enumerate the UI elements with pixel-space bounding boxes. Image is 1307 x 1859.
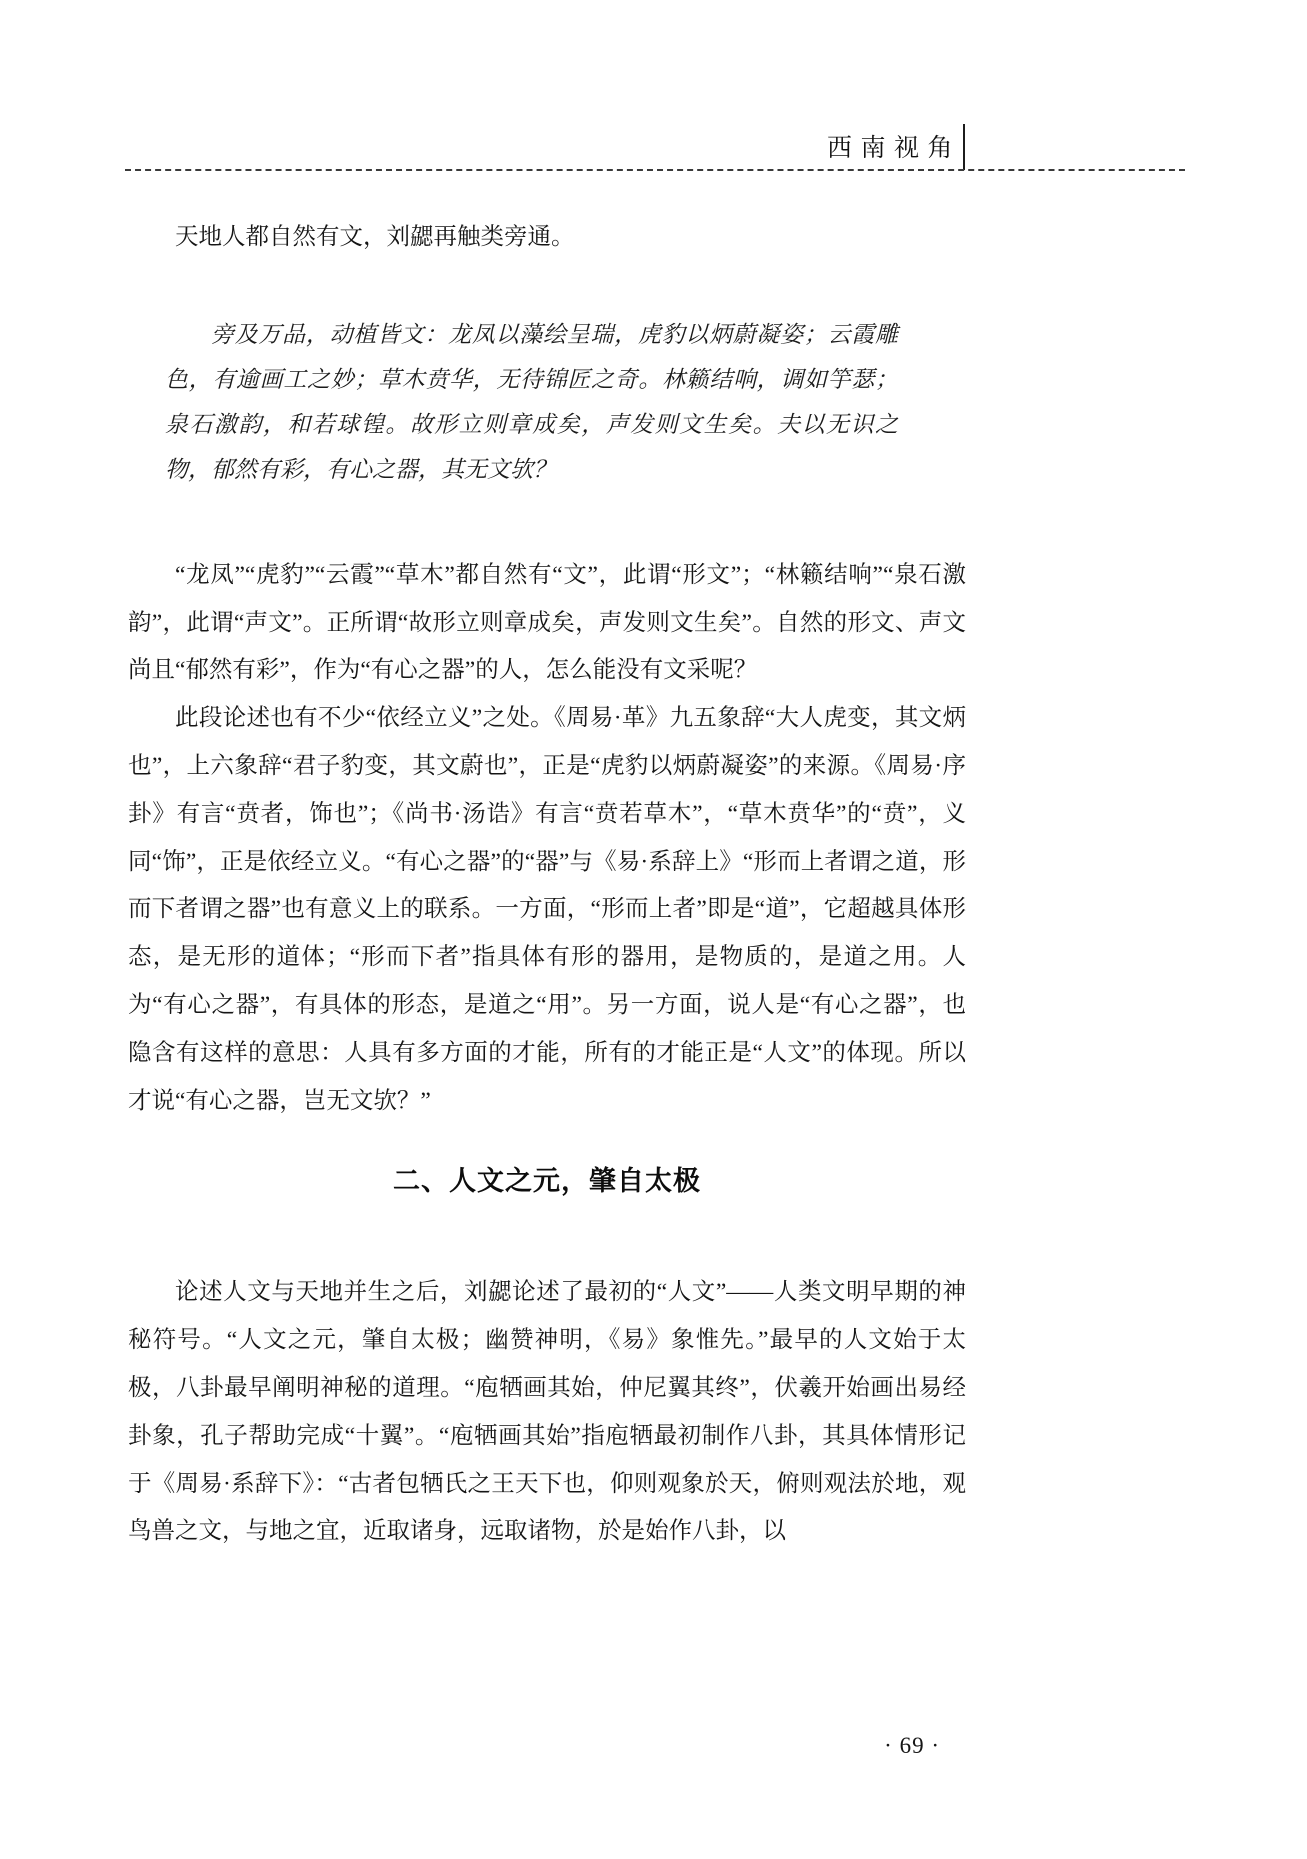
header-divider-bar: [963, 124, 965, 170]
paragraph-analysis-2: 此段论述也有不少“依经立义”之处。《周易·革》九五象辞“大人虎变，其文炳也”，上…: [128, 695, 966, 1125]
section-heading: 二、人文之元，肇自太极: [128, 1161, 966, 1201]
running-head: 西南视角: [827, 124, 965, 170]
header-dashed-rule: [125, 169, 1185, 171]
paragraph-section2-intro: 论述人文与天地并生之后，刘勰论述了最初的“人文”——人类文明早期的神秘符号。“人…: [128, 1269, 966, 1556]
paragraph-intro: 天地人都自然有文，刘勰再触类旁通。: [128, 214, 966, 262]
article-body: 天地人都自然有文，刘勰再触类旁通。 旁及万品，动植皆文：龙凤以藻绘呈瑞，虎豹以炳…: [128, 214, 966, 1556]
document-page: 西南视角 天地人都自然有文，刘勰再触类旁通。 旁及万品，动植皆文：龙凤以藻绘呈瑞…: [0, 0, 1307, 1859]
classical-quote-block: 旁及万品，动植皆文：龙凤以藻绘呈瑞，虎豹以炳蔚凝姿；云霞雕色，有逾画工之妙；草木…: [128, 312, 966, 492]
page-number: · 69 ·: [884, 1733, 940, 1759]
journal-title: 西南视角: [827, 136, 961, 170]
paragraph-analysis-1: “龙凤”“虎豹”“云霞”“草木”都自然有“文”，此谓“形文”；“林籁结响”“泉石…: [128, 552, 966, 695]
